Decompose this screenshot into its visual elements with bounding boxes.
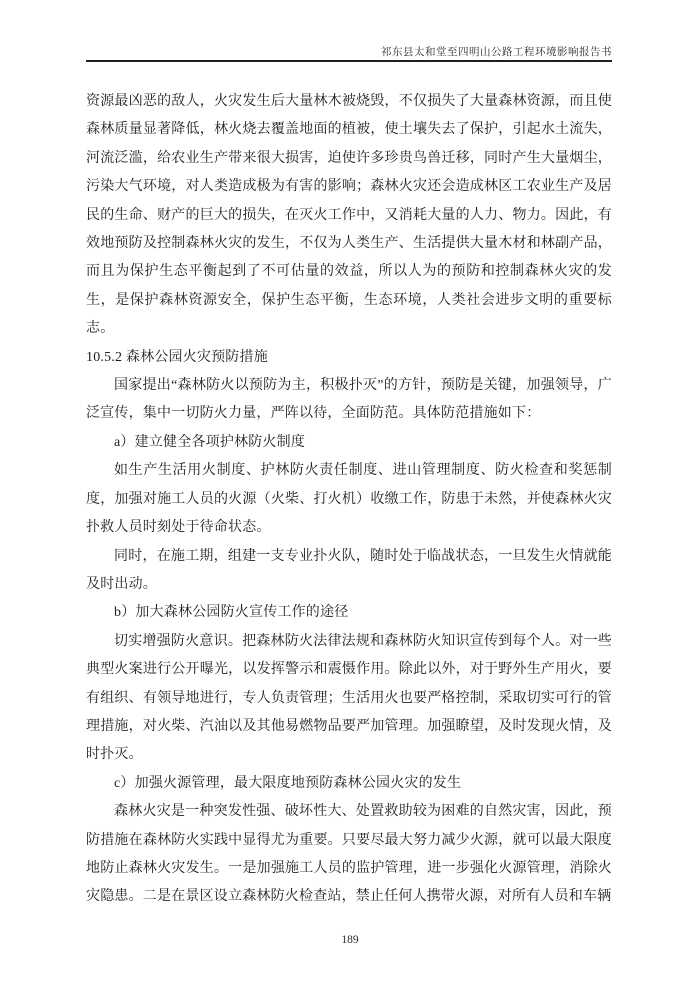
page-footer: 189 <box>0 934 700 946</box>
page-number: 189 <box>341 934 358 946</box>
section-heading-10-5-2: 10.5.2 森林公园火灾预防措施 <box>86 344 612 372</box>
page-header: 祁东县太和堂至四明山公路工程环境影响报告书 <box>86 46 612 62</box>
paragraph-national-policy: 国家提出“森林防火以预防为主，积极扑灭”的方针，预防是关键，加强领导，广泛宣传，… <box>86 372 612 429</box>
header-title: 祁东县太和堂至四明山公路工程环境影响报告书 <box>381 47 612 58</box>
document-body: 资源最凶恶的敌人，火灾发生后大量林木被烧毁，不仅损失了大量森林资源，而且使森林质… <box>86 88 612 912</box>
paragraph-fire-systems: 如生产生活用火制度、护林防火责任制度、进山管理制度、防火检查和奖惩制度，加强对施… <box>86 457 612 542</box>
item-b-heading: b）加大森林公园防火宣传工作的途径 <box>86 599 612 627</box>
document-page: 祁东县太和堂至四明山公路工程环境影响报告书 资源最凶恶的敌人，火灾发生后大量林木… <box>0 0 700 990</box>
item-c-heading: c）加强火源管理，最大限度地预防森林公园火灾的发生 <box>86 770 612 798</box>
paragraph-fire-brigade: 同时，在施工期，组建一支专业扑火队，随时处于临战状态，一旦发生火情就能及时出动。 <box>86 543 612 600</box>
item-a-heading: a）建立健全各项护林防火制度 <box>86 429 612 457</box>
paragraph-fire-damage-continuation: 资源最凶恶的敌人，火灾发生后大量林木被烧毁，不仅损失了大量森林资源，而且使森林质… <box>86 88 612 344</box>
paragraph-fire-awareness: 切实增强防火意识。把森林防火法律法规和森林防火知识宣传到每个人。对一些典型火案进… <box>86 628 612 770</box>
paragraph-fire-source-management: 森林火灾是一种突发性强、破坏性大、处置救助较为困难的自然灾害，因此，预防措施在森… <box>86 798 612 912</box>
